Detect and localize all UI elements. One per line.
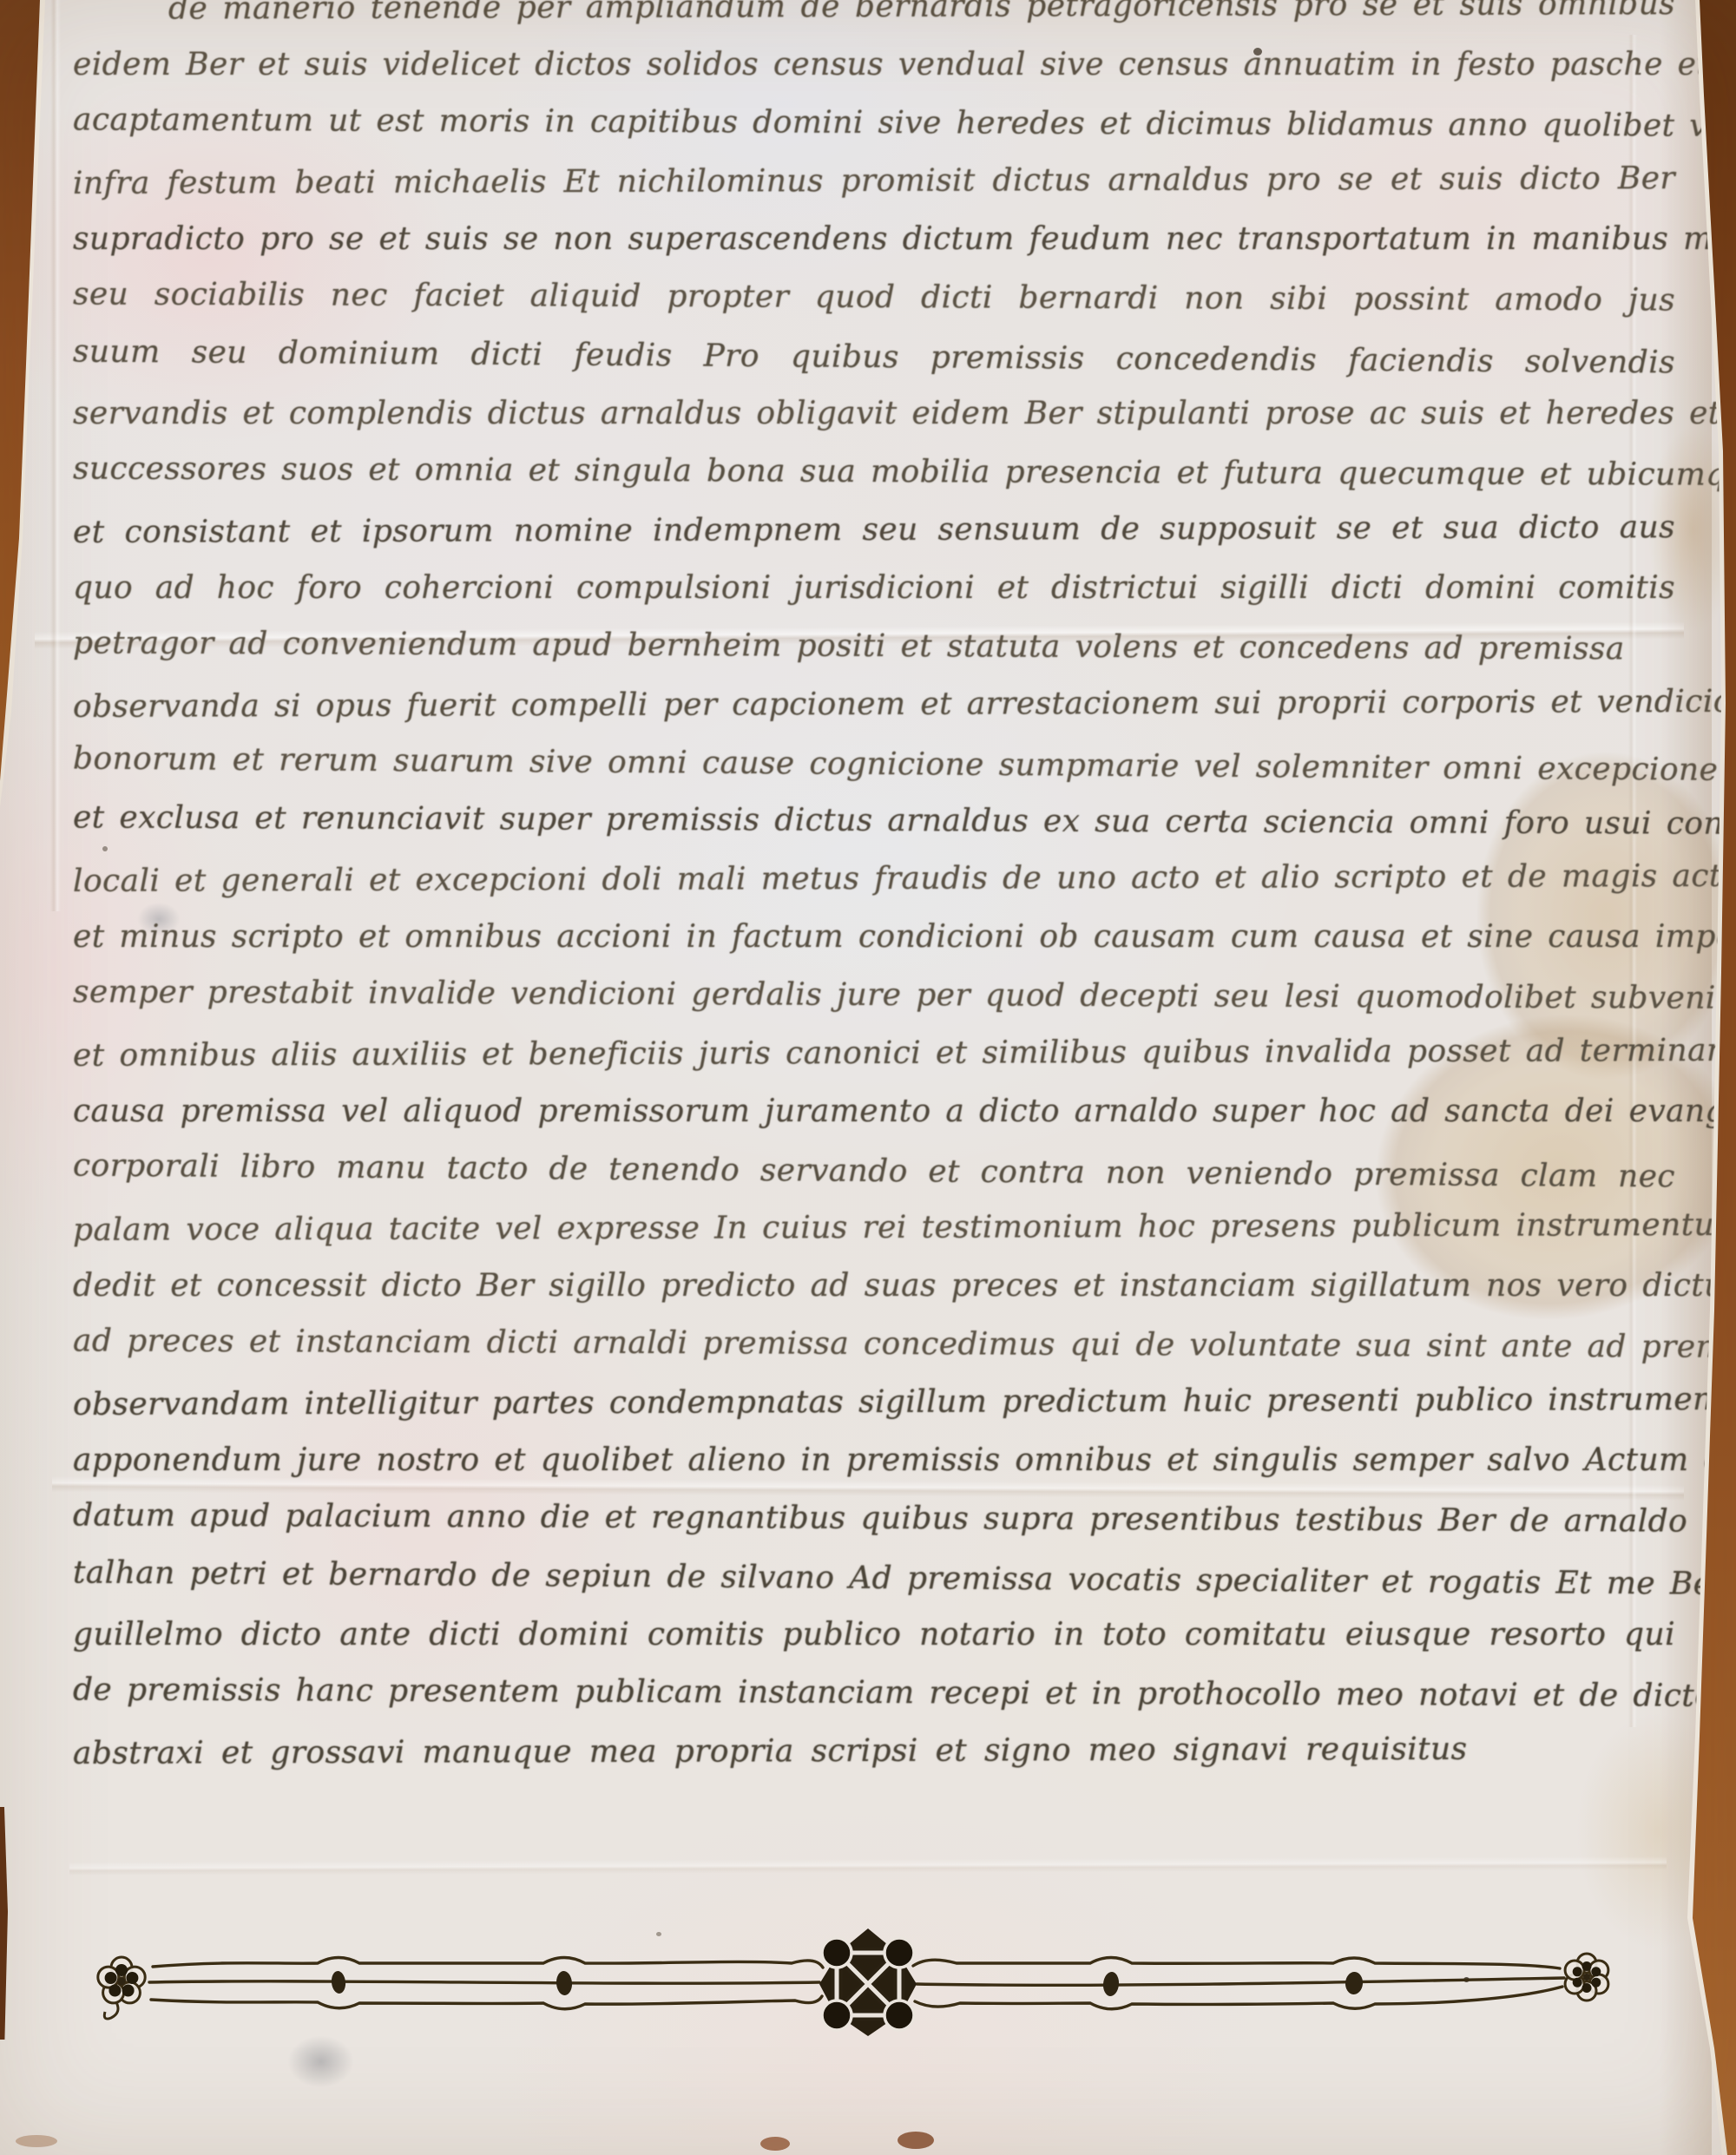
photo-vignette	[0, 0, 1736, 2155]
manuscript-photo: de manerio tenende per ampliandum de ber…	[0, 0, 1736, 2155]
